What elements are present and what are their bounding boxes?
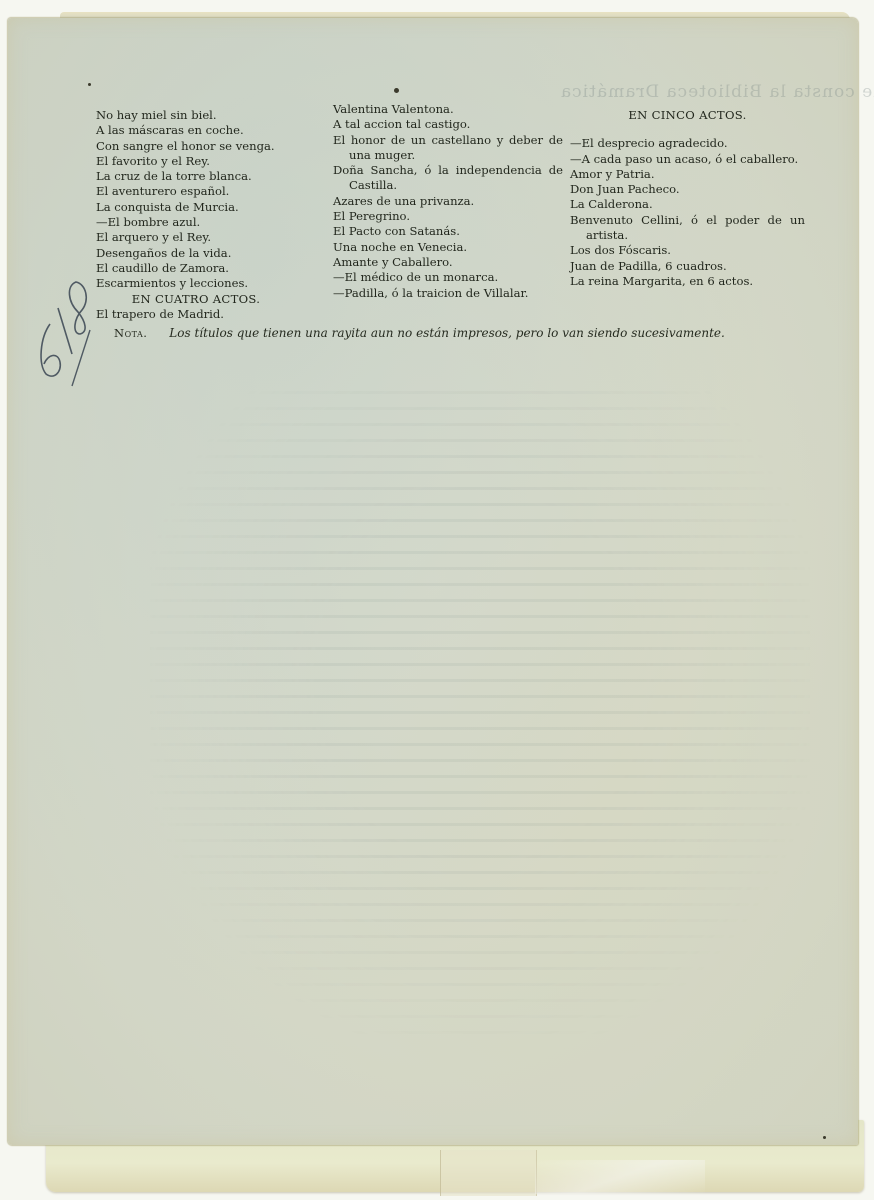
play-title: Desengaños de la vida. [96, 246, 296, 261]
adhesive-tape-glare [535, 1160, 705, 1194]
play-title: La reina Margarita, en 6 actos. [570, 274, 805, 289]
adhesive-tape [440, 1150, 537, 1196]
section-heading-cinco-actos: EN CINCO ACTOS. [570, 108, 805, 123]
footnote-text: Los títulos que tienen una rayita aun no… [169, 326, 725, 340]
ink-speck [394, 88, 399, 93]
ink-speck [88, 83, 91, 86]
play-title: A tal accion tal castigo. [333, 117, 563, 132]
play-title: El Peregrino. [333, 209, 563, 224]
catalogue-column-1: No hay miel sin biel. A las máscaras en … [96, 108, 296, 322]
play-title: La Calderona. [570, 197, 805, 212]
play-title: A las máscaras en coche. [96, 123, 296, 138]
play-title: El trapero de Madrid. [96, 307, 296, 322]
play-title: El favorito y el Rey. [96, 154, 296, 169]
play-title: —El bombre azul. [96, 215, 296, 230]
play-title: Con sangre el honor se venga. [96, 139, 296, 154]
play-title: Benvenuto Cellini, ó el poder de un [570, 213, 805, 228]
handwritten-number-mark [36, 268, 96, 388]
footnote-label: Nota. [114, 326, 147, 340]
bleed-through-text-block [150, 380, 810, 1040]
play-title: El Pacto con Satanás. [333, 224, 563, 239]
catalogue-column-3: EN CINCO ACTOS. —El desprecio agradecido… [570, 108, 805, 289]
ink-speck [823, 1136, 826, 1139]
play-title: Los dos Fóscaris. [570, 243, 805, 258]
catalogue-column-2: Valentina Valentona. A tal accion tal ca… [333, 102, 563, 301]
play-title: Valentina Valentona. [333, 102, 563, 117]
play-title: —El médico de un monarca. [333, 270, 563, 285]
play-title: Amor y Patria. [570, 167, 805, 182]
play-title: Escarmientos y lecciones. [96, 276, 296, 291]
play-title: Azares de una privanza. [333, 194, 563, 209]
play-title: No hay miel sin biel. [96, 108, 296, 123]
play-title-continuation: Castilla. [333, 178, 563, 193]
play-title: —Padilla, ó la traicion de Villalar. [333, 286, 563, 301]
play-title: Don Juan Pacheco. [570, 182, 805, 197]
play-title-continuation: una muger. [333, 148, 563, 163]
bleed-through-header: Propiedades de que consta la Biblioteca … [560, 82, 874, 102]
play-title: —A cada paso un acaso, ó el caballero. [570, 152, 805, 167]
play-title: El honor de un castellano y deber de [333, 133, 563, 148]
play-title: La conquista de Murcia. [96, 200, 296, 215]
play-title-continuation: artista. [570, 228, 805, 243]
play-title: Doña Sancha, ó la independencia de [333, 163, 563, 178]
footnote: Nota. Los títulos que tienen una rayita … [114, 326, 725, 340]
play-title: Amante y Caballero. [333, 255, 563, 270]
play-title: —El desprecio agradecido. [570, 136, 805, 151]
play-title: El caudillo de Zamora. [96, 261, 296, 276]
play-title: Juan de Padilla, 6 cuadros. [570, 259, 805, 274]
play-title: Una noche en Venecia. [333, 240, 563, 255]
play-title: El arquero y el Rey. [96, 230, 296, 245]
section-heading-cuatro-actos: EN CUATRO ACTOS. [96, 292, 296, 307]
play-title: La cruz de la torre blanca. [96, 169, 296, 184]
play-title: El aventurero español. [96, 184, 296, 199]
